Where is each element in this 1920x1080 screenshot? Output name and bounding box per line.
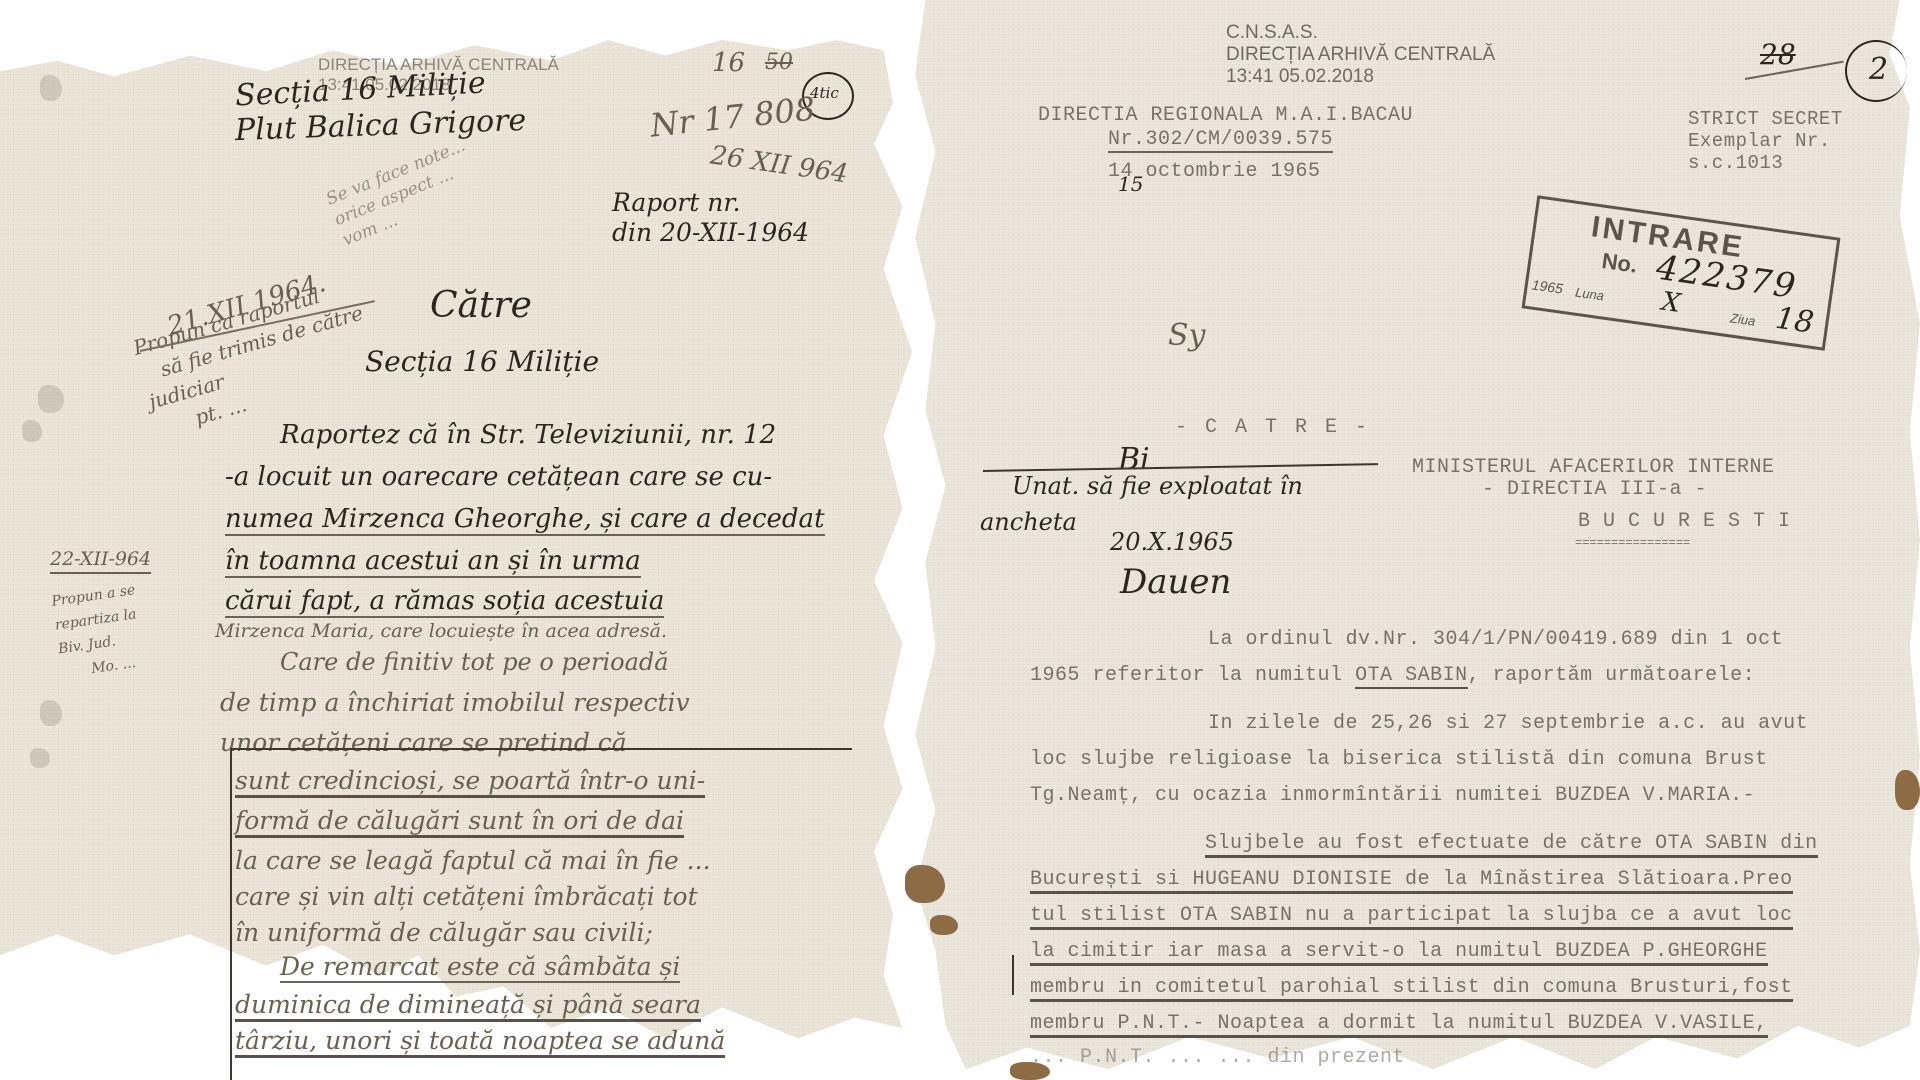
body-p3-line: membru P.N.T.- Noaptea a dormit la numit… [1030, 1012, 1768, 1038]
body-line: Care de finitiv tot pe o perioadă [280, 648, 669, 676]
recipient-line1: MINISTERUL AFACERILOR INTERNE [1412, 456, 1775, 479]
subject-name: OTA SABIN [1355, 664, 1468, 689]
body-p3-line: Slujbele au fost efectuate de către OTA … [1205, 832, 1818, 858]
date-hand-correction: 15 [1118, 172, 1143, 196]
underlined-text: în toamna acestui an și în urma [225, 546, 641, 578]
torn-edge-stain [1895, 770, 1920, 810]
classification-level: STRICT SECRET [1688, 108, 1843, 130]
margin-annotation-left: Propun a se repartiza la Biv. Jud. Mo. .… [50, 578, 147, 685]
entry-stamp-day: 18 [1773, 301, 1816, 341]
paper-stain [40, 700, 62, 726]
page-number: 16 [712, 48, 745, 78]
entry-stamp-year: 1965 [1531, 276, 1564, 296]
body-p3-line: la cimitir iar masa a servit-o la numitu… [1030, 940, 1768, 966]
torn-edge-stain [905, 865, 945, 903]
body-line: de timp a închiriat imobilul respectiv [220, 688, 690, 717]
body-p2-line: Tg.Neamț, cu ocazia inmormîntării numite… [1030, 784, 1755, 807]
report-ref-label: Raport nr. [612, 188, 809, 218]
addressee-unit: Secția 16 Miliție [365, 345, 599, 378]
body-p2-line: loc slujbe religioase la biserica stilis… [1030, 748, 1768, 771]
initial-mark: Sy [1168, 318, 1206, 353]
underlined-text: sunt credincioși, se poartă într-o uni- [235, 766, 705, 798]
body-line: duminica de dimineață și până seara [235, 990, 701, 1019]
body-line: formă de călugări sunt în ori de dai [235, 806, 684, 835]
body-p3-line: București si HUGEANU DIONISIE de la Mînă… [1030, 868, 1793, 894]
paper-stain [30, 748, 50, 768]
margin-mark [1012, 955, 1014, 995]
underlined-text: duminica de dimineață și până seara [235, 990, 701, 1022]
page-mark-struck: 28 [1760, 38, 1796, 71]
underlined-text: numea Mirzenca Gheorghe, și care a deced… [225, 504, 825, 536]
resolution-signature: Dauen [1120, 562, 1231, 602]
body-line: -a locuit un oarecare cetățean care se c… [225, 462, 772, 492]
report-ref-date: din 20-XII-1964 [612, 218, 809, 248]
body-p1-line2: 1965 referitor la numitul OTA SABIN, rap… [1030, 664, 1755, 687]
margin-annotation-left-date: 22-XII-964 [50, 548, 151, 574]
circled-page-mark: 2 [1845, 40, 1907, 102]
copy-label: Exemplar Nr. [1688, 130, 1843, 152]
underlined-text: formă de călugări sunt în ori de dai [235, 806, 684, 838]
body-p2-line: In zilele de 25,26 si 27 septembrie a.c.… [1208, 712, 1808, 735]
issuer-name: DIRECTIA REGIONALA M.A.I.BACAU [1038, 104, 1413, 127]
body-line: târziu, unori și toată noaptea se adună [235, 1026, 725, 1055]
recipient-line2: - DIRECTIA III-a - [1482, 478, 1707, 501]
body-line-insert: Mirzenca Maria, care locuiește în acea a… [215, 620, 667, 642]
body-line: în uniformă de călugăr sau civili; [235, 918, 653, 947]
underlined-text: târziu, unori și toată noaptea se adună [235, 1026, 725, 1058]
recipient-rule: ================ [1575, 536, 1690, 550]
body-p1-line1: La ordinul dv.Nr. 304/1/PN/00419.689 din… [1208, 628, 1783, 651]
report-reference: Raport nr. din 20-XII-1964 [612, 188, 809, 248]
addressee-label: Către [430, 285, 532, 326]
circled-page-number: 2 [1869, 52, 1888, 87]
page-number-struck: 50 [765, 50, 793, 75]
body-p3-line: membru in comitetul parohial stilist din… [1030, 976, 1793, 1002]
body-line: în toamna acestui an și în urma [225, 546, 641, 576]
body-line: numea Mirzenca Gheorghe, și care a deced… [225, 504, 825, 534]
text: , raportăm următoarele: [1468, 664, 1756, 687]
paper-stain [40, 75, 62, 101]
underlined-text: De remarcat este că sâmbăta și [280, 952, 680, 983]
entry-stamp-month: X [1660, 287, 1683, 319]
body-line: Raportez că în Str. Televiziunii, nr. 12 [280, 420, 776, 450]
body-line: care și vin alți cetățeni îmbrăcați tot [235, 882, 698, 911]
underlined-text: cărui fapt, a rămas soția acestuia [225, 586, 664, 618]
body-p3-line: tul stilist OTA SABIN nu a participat la… [1030, 904, 1793, 930]
paper-stain [22, 420, 42, 442]
copy-ref: s.c.1013 [1688, 152, 1843, 174]
body-line: la care se leagă faptul că mai în fie ..… [235, 846, 711, 875]
entry-stamp-no-label: No. [1600, 248, 1639, 279]
issuer-number: Nr.302/CM/0039.575 [1108, 128, 1333, 153]
stamp-timestamp: 13:41 05.02.2018 [1226, 66, 1495, 88]
stamp-department: DIRECȚIA ARHIVĂ CENTRALĂ [1226, 44, 1495, 66]
stamp-institution: C.N.S.A.S. [1226, 22, 1495, 44]
cnsas-archive-stamp: C.N.S.A.S. DIRECȚIA ARHIVĂ CENTRALĂ 13:4… [1226, 22, 1495, 88]
classification-block: STRICT SECRET Exemplar Nr. s.c.1013 [1688, 108, 1843, 174]
entry-stamp-day-label: Ziua [1729, 310, 1756, 328]
resolution-date: 20.X.1965 [1110, 528, 1234, 556]
entry-stamp-month-label: Luna [1574, 285, 1605, 304]
body-line: sunt credincioși, se poartă într-o uni- [235, 766, 705, 795]
body-p3-line-torn: ... P.N.T. ... ... din prezent [1030, 1046, 1405, 1069]
body-line: cărui fapt, a rămas soția acestuia [225, 586, 664, 616]
circled-mark-text: 4tic [810, 84, 839, 102]
resolution-line1: Unat. să fie exploatat în [1012, 472, 1303, 500]
resolution-line2: ancheta [980, 508, 1077, 536]
recipient-city: B U C U R E S T I [1578, 510, 1791, 533]
paper-stain [38, 385, 64, 413]
text: 1965 referitor la numitul [1030, 664, 1355, 687]
body-line: De remarcat este că sâmbăta și [280, 952, 680, 981]
torn-edge-stain [930, 915, 958, 935]
catre-heading: - C A T R E - [1175, 416, 1370, 439]
